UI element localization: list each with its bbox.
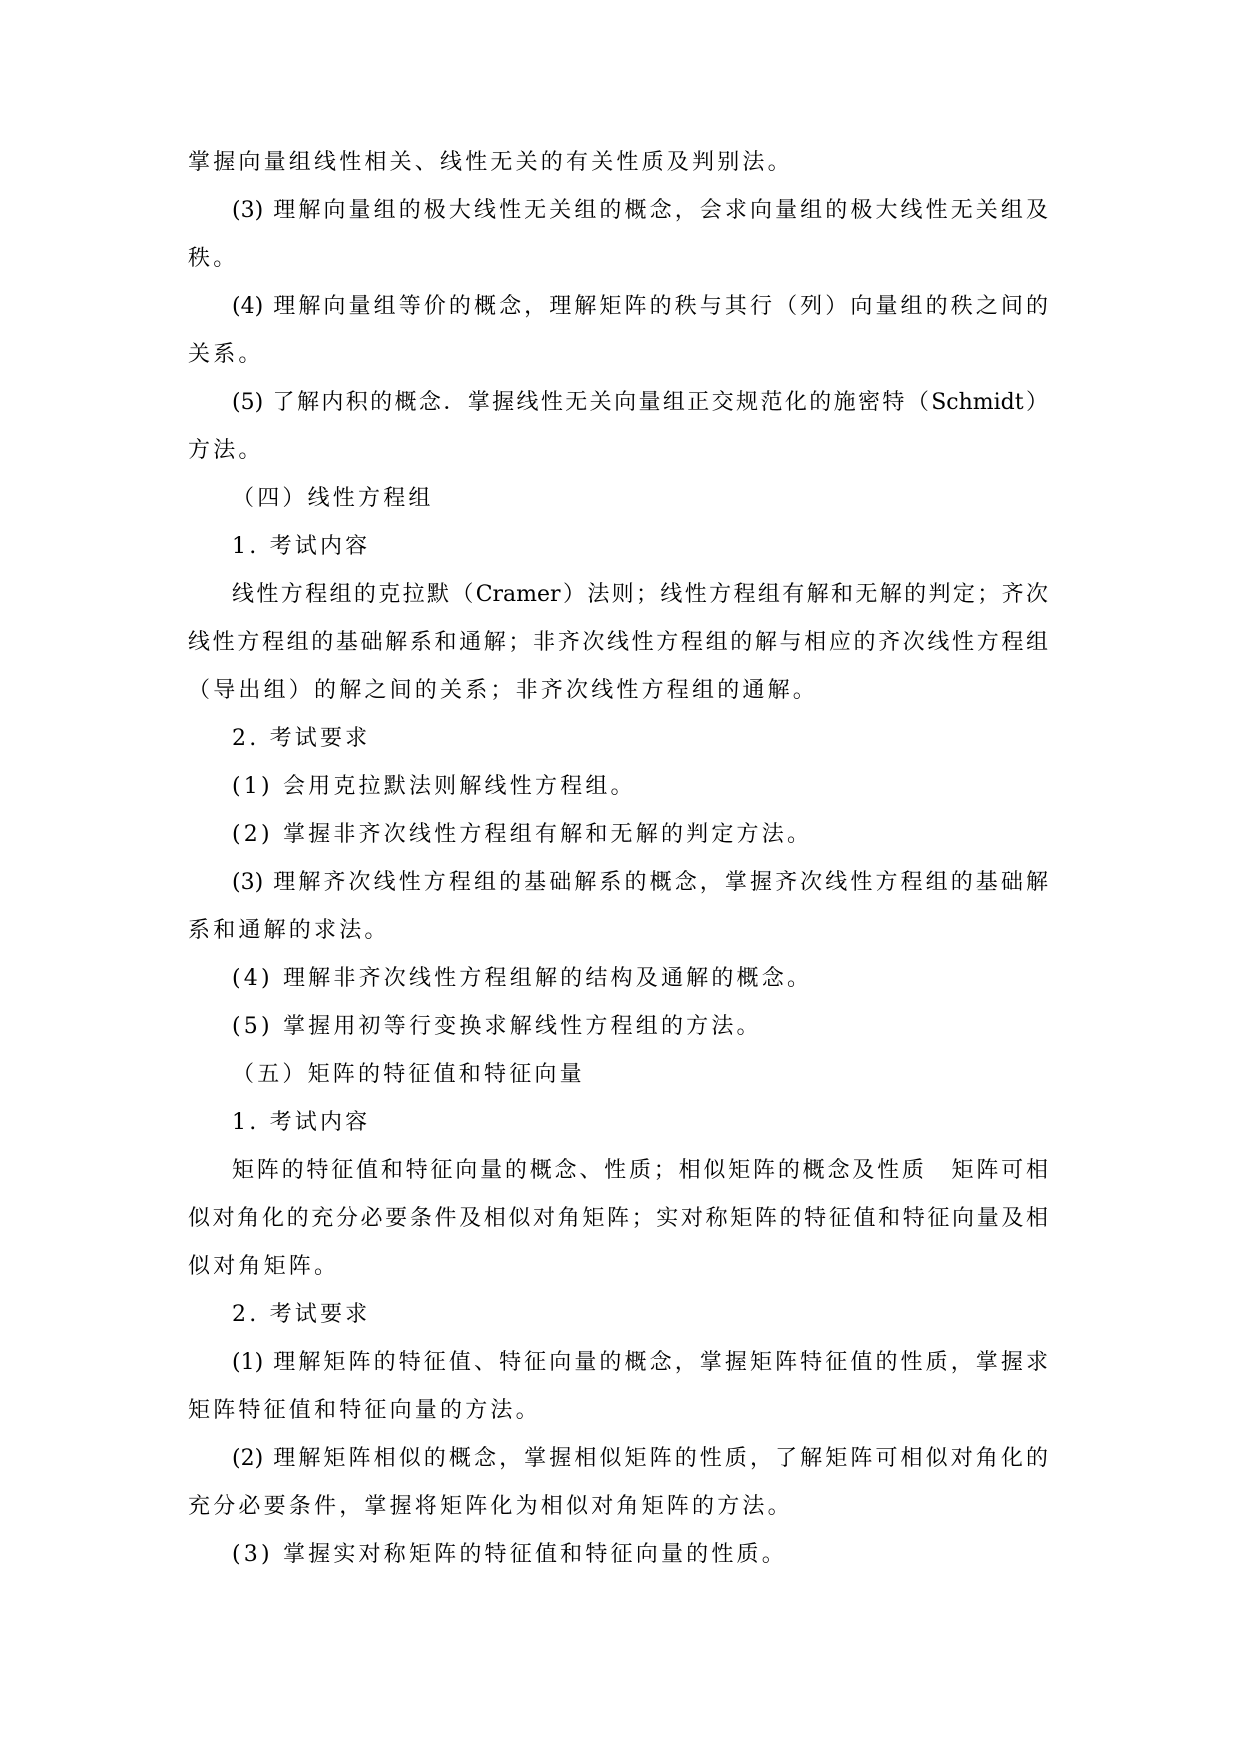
text-line: 矩阵的特征值和特征向量的概念、性质；相似矩阵的概念及性质 矩阵可相: [232, 1156, 1048, 1186]
text-line: 线性方程组的基础解系和通解；非齐次线性方程组的解与相应的齐次线性方程组: [188, 628, 1048, 658]
text-line: 似对角化的充分必要条件及相似对角矩阵；实对称矩阵的特征值和特征向量及相: [188, 1204, 1048, 1234]
list-item: (2) 掌握非齐次线性方程组有解和无解的判定方法。: [232, 820, 812, 850]
text-line: (5) 了解内积的概念．掌握线性无关向量组正交规范化的施密特（Schmidt）: [232, 388, 1048, 418]
text-line: 矩阵特征值和特征向量的方法。: [188, 1396, 541, 1426]
text-line: (3) 理解向量组的极大线性无关组的概念，会求向量组的极大线性无关组及: [232, 196, 1048, 226]
list-item: (4) 理解非齐次线性方程组解的结构及通解的概念。: [232, 964, 812, 994]
section-heading: （四）线性方程组: [232, 484, 434, 514]
list-item: (2) 理解矩阵相似的概念，掌握相似矩阵的性质，了解矩阵可相似对角化的: [232, 1444, 1048, 1474]
list-item: (3) 掌握实对称矩阵的特征值和特征向量的性质。: [232, 1540, 787, 1570]
text-line: 系和通解的求法。: [188, 916, 390, 946]
list-item: (5) 掌握用初等行变换求解线性方程组的方法。: [232, 1012, 762, 1042]
text-line: 充分必要条件，掌握将矩阵化为相似对角矩阵的方法。: [188, 1492, 793, 1522]
list-item: (3) 理解齐次线性方程组的基础解系的概念，掌握齐次线性方程组的基础解: [232, 868, 1048, 898]
section-heading: （五）矩阵的特征值和特征向量: [232, 1060, 585, 1090]
text-line: (4) 理解向量组等价的概念，理解矩阵的秩与其行（列）向量组的秩之间的: [232, 292, 1048, 322]
text-line: 方法。: [188, 436, 264, 466]
subsection-heading: 1. 考试内容: [232, 532, 370, 562]
text-line: （导出组）的解之间的关系；非齐次线性方程组的通解。: [188, 676, 818, 706]
text-line: 线性方程组的克拉默（Cramer）法则；线性方程组有解和无解的判定；齐次: [232, 580, 1048, 610]
text-line: 掌握向量组线性相关、线性无关的有关性质及判别法。: [188, 148, 793, 178]
text-line: 关系。: [188, 340, 264, 370]
list-item: (1) 会用克拉默法则解线性方程组。: [232, 772, 636, 802]
subsection-heading: 2. 考试要求: [232, 1300, 370, 1330]
list-item: (1) 理解矩阵的特征值、特征向量的概念，掌握矩阵特征值的性质，掌握求: [232, 1348, 1048, 1378]
subsection-heading: 1. 考试内容: [232, 1108, 370, 1138]
text-line: 秩。: [188, 244, 238, 274]
subsection-heading: 2. 考试要求: [232, 724, 370, 754]
document-page: 掌握向量组线性相关、线性无关的有关性质及判别法。 (3) 理解向量组的极大线性无…: [0, 0, 1240, 1754]
text-line: 似对角矩阵。: [188, 1252, 339, 1282]
